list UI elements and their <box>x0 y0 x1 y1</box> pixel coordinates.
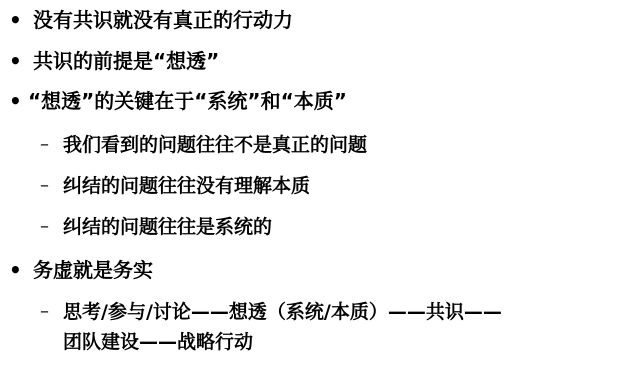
bullet-icon: • <box>9 6 22 34</box>
dash-icon: – <box>40 172 49 200</box>
sub-bullet-text: 团队建设——战略行动 <box>63 328 253 356</box>
bullet-text: 务虚就是务实 <box>33 256 153 284</box>
sub-bullet-text: 纠结的问题往往没有理解本质 <box>63 172 310 200</box>
bullet-text: 共识的前提是“想透” <box>33 47 219 75</box>
bullet-text: “想透”的关键在于“系统”和“本质” <box>28 87 347 115</box>
bullet-icon: • <box>9 47 22 75</box>
bullet-text: 没有共识就没有真正的行动力 <box>33 6 293 34</box>
bullet-icon: • <box>9 256 22 284</box>
bullet-icon: • <box>9 87 22 115</box>
dash-icon: – <box>40 298 49 326</box>
sub-bullet-text: 思考/参与/讨论——想透（系统/本质）——共识—— <box>63 298 502 326</box>
sub-bullet-text: 我们看到的问题往往不是真正的问题 <box>63 131 367 159</box>
dash-icon: – <box>40 213 49 241</box>
dash-icon: – <box>40 131 49 159</box>
sub-bullet-text: 纠结的问题往往是系统的 <box>63 213 272 241</box>
